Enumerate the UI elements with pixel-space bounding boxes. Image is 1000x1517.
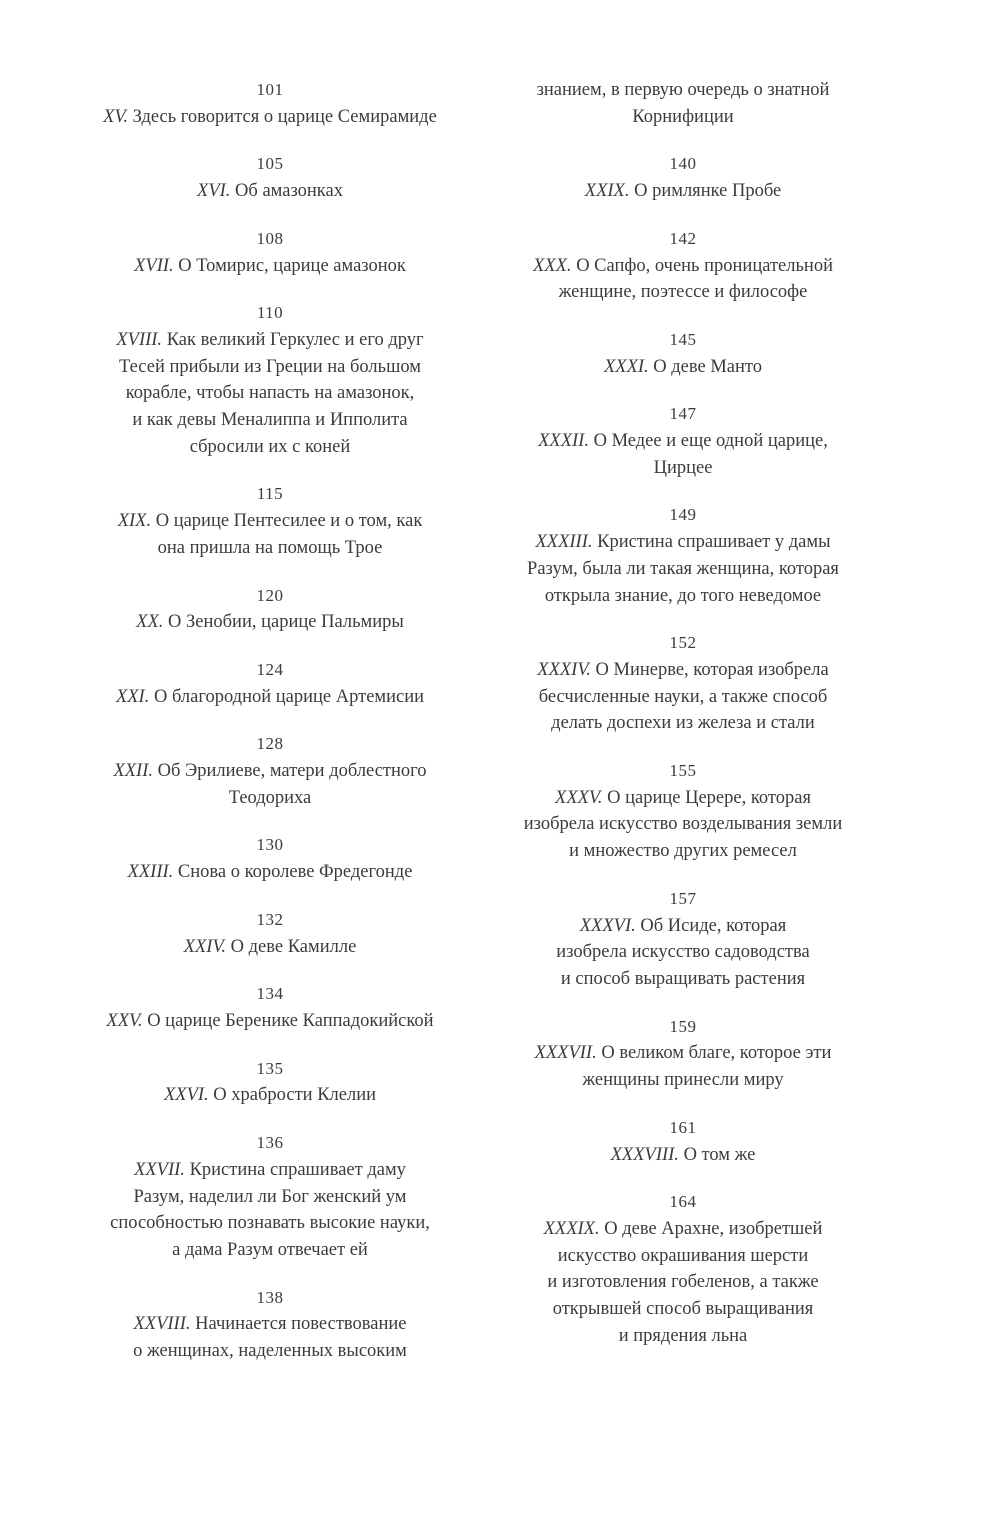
chapter-title-text: О деве Манто (653, 357, 762, 377)
chapter-title-line: корабле, чтобы напасть на амазонок, (70, 380, 470, 407)
chapter-title-line: XXIII. Снова о королеве Фредегонде (70, 859, 470, 886)
chapter-title-text: бесчисленные науки, а также способ (539, 687, 828, 707)
page-number: 110 (70, 300, 470, 327)
chapter-title-text: Начинается повествование (195, 1314, 406, 1334)
chapter-title-text: открывшей способ выращивания (553, 1299, 814, 1319)
chapter-title-text: О Томирис, царице амазонок (178, 256, 406, 276)
chapter-title-line: XXXIV. О Минерве, которая изобрела (483, 657, 883, 684)
chapter-title-text: Как великий Геркулес и его друг (167, 330, 424, 350)
page-number: 149 (483, 502, 883, 529)
page-number: 105 (70, 151, 470, 178)
page-number: 120 (70, 583, 470, 610)
chapter-title-line: XXVI. О храбрости Клелии (70, 1082, 470, 1109)
chapter-title-line: XXX. О Сапфо, очень проницательной (483, 253, 883, 280)
chapter-title-line: бесчисленные науки, а также способ (483, 684, 883, 711)
chapter-title-line: и изготовления гобеленов, а также (483, 1269, 883, 1296)
chapter-title-line: и прядения льна (483, 1323, 883, 1350)
chapter-title-line: XXIV. О деве Камилле (70, 934, 470, 961)
chapter-title-line: XXXVII. О великом благе, которое эти (483, 1040, 883, 1067)
toc-entry: 161XXXVIII. О том же (483, 1115, 883, 1168)
chapter-title-text: Снова о королеве Фредегонде (178, 862, 413, 882)
chapter-title-line: делать доспехи из железа и стали (483, 710, 883, 737)
toc-entry: 142XXX. О Сапфо, очень проницательнойжен… (483, 226, 883, 306)
chapter-title-text: Здесь говорится о царице Семирамиде (133, 107, 437, 127)
page-number: 132 (70, 907, 470, 934)
chapter-numeral: XIX. (118, 511, 151, 531)
toc-entry: 124XXI. О благородной царице Артемисии (70, 657, 470, 710)
chapter-title-text: и множество других ремесел (569, 841, 797, 861)
toc-entry: 145XXXI. О деве Манто (483, 327, 883, 380)
chapter-numeral: XVII. (134, 256, 174, 276)
chapter-title-line: XXXI. О деве Манто (483, 354, 883, 381)
chapter-numeral: XX. (136, 612, 163, 632)
page-number: 152 (483, 630, 883, 657)
chapter-title-line: Разум, наделил ли Бог женский ум (70, 1184, 470, 1211)
toc-column-right: знанием, в первую очередь о знатнойКорни… (483, 77, 883, 1370)
chapter-title-text: Кристина спрашивает у дамы (597, 532, 830, 552)
chapter-title-line: XXXIII. Кристина спрашивает у дамы (483, 529, 883, 556)
chapter-numeral: XXXV. (555, 788, 602, 808)
toc-entry: 149XXXIII. Кристина спрашивает у дамыРаз… (483, 502, 883, 609)
chapter-title-line: XXVII. Кристина спрашивает даму (70, 1157, 470, 1184)
chapter-title-line: Корнифиции (483, 104, 883, 131)
chapter-numeral: XXXI. (604, 357, 649, 377)
chapter-title-text: О том же (684, 1145, 756, 1165)
chapter-title-line: знанием, в первую очередь о знатной (483, 77, 883, 104)
chapter-title-text: она пришла на помощь Трое (158, 538, 383, 558)
toc-entry: 115XIX. О царице Пентесилее и о том, как… (70, 481, 470, 561)
chapter-title-text: знанием, в первую очередь о знатной (537, 80, 830, 100)
chapter-title-text: о женщинах, наделенных высоким (133, 1341, 407, 1361)
chapter-title-line: искусство окрашивания шерсти (483, 1243, 883, 1270)
toc-entry: 132XXIV. О деве Камилле (70, 907, 470, 960)
page-number: 145 (483, 327, 883, 354)
chapter-title-text: О царице Пентесилее и о том, как (156, 511, 423, 531)
chapter-numeral: XVIII. (116, 330, 162, 350)
chapter-title-text: женщины принесли миру (582, 1070, 783, 1090)
chapter-title-text: О Зенобии, царице Пальмиры (168, 612, 404, 632)
chapter-numeral: XXVI. (164, 1085, 209, 1105)
chapter-title-line: XVII. О Томирис, царице амазонок (70, 253, 470, 280)
chapter-title-text: О храбрости Клелии (213, 1085, 376, 1105)
toc-entry: 164XXXIX. О деве Арахне, изобретшейискус… (483, 1189, 883, 1349)
chapter-title-line: женщине, поэтессе и философе (483, 279, 883, 306)
chapter-title-line: открывшей способ выращивания (483, 1296, 883, 1323)
chapter-title-text: О римлянке Пробе (634, 181, 781, 201)
chapter-numeral: XXXIII. (535, 532, 592, 552)
chapter-numeral: XXVII. (134, 1160, 185, 1180)
chapter-title-text: искусство окрашивания шерсти (558, 1246, 808, 1266)
chapter-title-line: изобрела искусство возделывания земли (483, 811, 883, 838)
page-number: 142 (483, 226, 883, 253)
chapter-title-line: и как девы Меналиппа и Ипполита (70, 407, 470, 434)
chapter-title-text: Об амазонках (235, 181, 343, 201)
chapter-numeral: XXXII. (538, 431, 589, 451)
chapter-numeral: XXIII. (128, 862, 174, 882)
toc-entry: 155XXXV. О царице Церере, котораяизобрел… (483, 758, 883, 865)
chapter-numeral: XXV. (106, 1011, 142, 1031)
chapter-numeral: XXX. (533, 256, 572, 276)
chapter-title-text: О деве Арахне, изобретшей (604, 1219, 822, 1239)
chapter-numeral: XVI. (197, 181, 230, 201)
chapter-title-line: она пришла на помощь Трое (70, 535, 470, 562)
chapter-title-line: XXIX. О римлянке Пробе (483, 178, 883, 205)
toc-entry: 147XXXII. О Медее и еще одной царице,Цир… (483, 401, 883, 481)
page-number: 136 (70, 1130, 470, 1157)
chapter-title-text: О деве Камилле (231, 937, 357, 957)
chapter-title-text: О Минерве, которая изобрела (596, 660, 829, 680)
chapter-title-line: способностью познавать высокие науки, (70, 1210, 470, 1237)
chapter-title-line: о женщинах, наделенных высоким (70, 1338, 470, 1365)
page-number: 155 (483, 758, 883, 785)
chapter-title-text: а дама Разум отвечает ей (172, 1240, 368, 1260)
chapter-title-line: и множество других ремесел (483, 838, 883, 865)
chapter-title-text: делать доспехи из железа и стали (551, 713, 815, 733)
chapter-title-line: Цирцее (483, 455, 883, 482)
toc-entry: 108XVII. О Томирис, царице амазонок (70, 226, 470, 279)
chapter-title-text: изобрела искусство возделывания земли (524, 814, 842, 834)
chapter-numeral: XXXVI. (580, 916, 636, 936)
chapter-title-line: XVI. Об амазонках (70, 178, 470, 205)
chapter-title-text: и как девы Меналиппа и Ипполита (132, 410, 407, 430)
chapter-title-line: XXV. О царице Беренике Каппадокийской (70, 1008, 470, 1035)
toc-entry: 136XXVII. Кристина спрашивает дамуРазум,… (70, 1130, 470, 1264)
chapter-title-text: Кристина спрашивает даму (190, 1160, 406, 1180)
chapter-title-line: XXXV. О царице Церере, которая (483, 785, 883, 812)
chapter-title-text: и изготовления гобеленов, а также (547, 1272, 818, 1292)
chapter-title-line: Теодориха (70, 785, 470, 812)
page-number: 161 (483, 1115, 883, 1142)
page-number: 128 (70, 731, 470, 758)
toc-entry: знанием, в первую очередь о знатнойКорни… (483, 77, 883, 130)
chapter-title-text: изобрела искусство садоводства (556, 942, 809, 962)
chapter-title-text: Теодориха (229, 788, 312, 808)
chapter-title-text: и способ выращивать растения (561, 969, 805, 989)
page-number: 164 (483, 1189, 883, 1216)
chapter-numeral: XXXIX. (544, 1219, 600, 1239)
chapter-title-text: О Медее и еще одной царице, (594, 431, 828, 451)
chapter-title-text: Об Исиде, которая (640, 916, 786, 936)
chapter-title-line: XX. О Зенобии, царице Пальмиры (70, 609, 470, 636)
chapter-title-line: XXII. Об Эрилиеве, матери доблестного (70, 758, 470, 785)
chapter-title-line: изобрела искусство садоводства (483, 939, 883, 966)
toc-entry: 130XXIII. Снова о королеве Фредегонде (70, 832, 470, 885)
page-number: 138 (70, 1285, 470, 1312)
chapter-numeral: XXXVIII. (611, 1145, 679, 1165)
chapter-title-text: женщине, поэтессе и философе (559, 282, 808, 302)
chapter-numeral: XXIX. (585, 181, 630, 201)
chapter-title-line: XXVIII. Начинается повествование (70, 1311, 470, 1338)
chapter-title-text: Разум, была ли такая женщина, которая (527, 559, 839, 579)
chapter-title-line: женщины принесли миру (483, 1067, 883, 1094)
toc-entry: 134XXV. О царице Беренике Каппадокийской (70, 981, 470, 1034)
chapter-title-text: открыла знание, до того неведомое (545, 586, 821, 606)
chapter-title-line: XXXVI. Об Исиде, которая (483, 913, 883, 940)
page-number: 140 (483, 151, 883, 178)
toc-entry: 152XXXIV. О Минерве, которая изобрелабес… (483, 630, 883, 737)
chapter-title-line: сбросили их с коней (70, 434, 470, 461)
chapter-title-line: открыла знание, до того неведомое (483, 583, 883, 610)
chapter-title-line: XXXII. О Медее и еще одной царице, (483, 428, 883, 455)
chapter-title-line: XV. Здесь говорится о царице Семирамиде (70, 104, 470, 131)
chapter-title-line: XXXIX. О деве Арахне, изобретшей (483, 1216, 883, 1243)
chapter-title-text: О великом благе, которое эти (601, 1043, 831, 1063)
chapter-title-text: и прядения льна (619, 1326, 748, 1346)
chapter-title-text: способностью познавать высокие науки, (110, 1213, 430, 1233)
toc-entry: 140XXIX. О римлянке Пробе (483, 151, 883, 204)
page-number: 134 (70, 981, 470, 1008)
chapter-numeral: XXI. (116, 687, 149, 707)
chapter-numeral: XXVIII. (134, 1314, 191, 1334)
chapter-title-line: Тесей прибыли из Греции на большом (70, 354, 470, 381)
chapter-title-text: О царице Церере, которая (607, 788, 811, 808)
page-number: 130 (70, 832, 470, 859)
chapter-numeral: XXXIV. (537, 660, 591, 680)
chapter-title-text: сбросили их с коней (190, 437, 351, 457)
page-number: 147 (483, 401, 883, 428)
page-number: 108 (70, 226, 470, 253)
page-number: 115 (70, 481, 470, 508)
chapter-title-text: Цирцее (654, 458, 713, 478)
chapter-title-text: О Сапфо, очень проницательной (576, 256, 833, 276)
chapter-title-text: О благородной царице Артемисии (154, 687, 424, 707)
chapter-title-line: и способ выращивать растения (483, 966, 883, 993)
page-number: 135 (70, 1056, 470, 1083)
toc-column-left: 101XV. Здесь говорится о царице Семирами… (70, 77, 470, 1386)
toc-entry: 157XXXVI. Об Исиде, котораяизобрела иску… (483, 886, 883, 993)
chapter-title-line: XXI. О благородной царице Артемисии (70, 684, 470, 711)
chapter-title-text: О царице Беренике Каппадокийской (147, 1011, 433, 1031)
chapter-title-text: Корнифиции (632, 107, 733, 127)
chapter-title-text: Об Эрилиеве, матери доблестного (158, 761, 427, 781)
chapter-title-line: XXXVIII. О том же (483, 1142, 883, 1169)
chapter-title-line: Разум, была ли такая женщина, которая (483, 556, 883, 583)
chapter-numeral: XXIV. (184, 937, 226, 957)
toc-entry: 101XV. Здесь говорится о царице Семирами… (70, 77, 470, 130)
toc-entry: 138XXVIII. Начинается повествованиео жен… (70, 1285, 470, 1365)
chapter-numeral: XXXVII. (535, 1043, 597, 1063)
chapter-numeral: XXII. (113, 761, 153, 781)
chapter-title-line: XVIII. Как великий Геркулес и его друг (70, 327, 470, 354)
toc-entry: 120XX. О Зенобии, царице Пальмиры (70, 583, 470, 636)
page-number: 157 (483, 886, 883, 913)
toc-entry: 128XXII. Об Эрилиеве, матери доблестного… (70, 731, 470, 811)
chapter-numeral: XV. (103, 107, 128, 127)
chapter-title-line: а дама Разум отвечает ей (70, 1237, 470, 1264)
chapter-title-text: Разум, наделил ли Бог женский ум (134, 1187, 407, 1207)
chapter-title-line: XIX. О царице Пентесилее и о том, как (70, 508, 470, 535)
page-number: 159 (483, 1014, 883, 1041)
toc-entry: 105XVI. Об амазонках (70, 151, 470, 204)
toc-entry: 135XXVI. О храбрости Клелии (70, 1056, 470, 1109)
page-number: 101 (70, 77, 470, 104)
page-number: 124 (70, 657, 470, 684)
chapter-title-text: Тесей прибыли из Греции на большом (119, 357, 421, 377)
toc-entry: 110XVIII. Как великий Геркулес и его дру… (70, 300, 470, 460)
chapter-title-text: корабле, чтобы напасть на амазонок, (126, 383, 415, 403)
toc-entry: 159XXXVII. О великом благе, которое этиж… (483, 1014, 883, 1094)
